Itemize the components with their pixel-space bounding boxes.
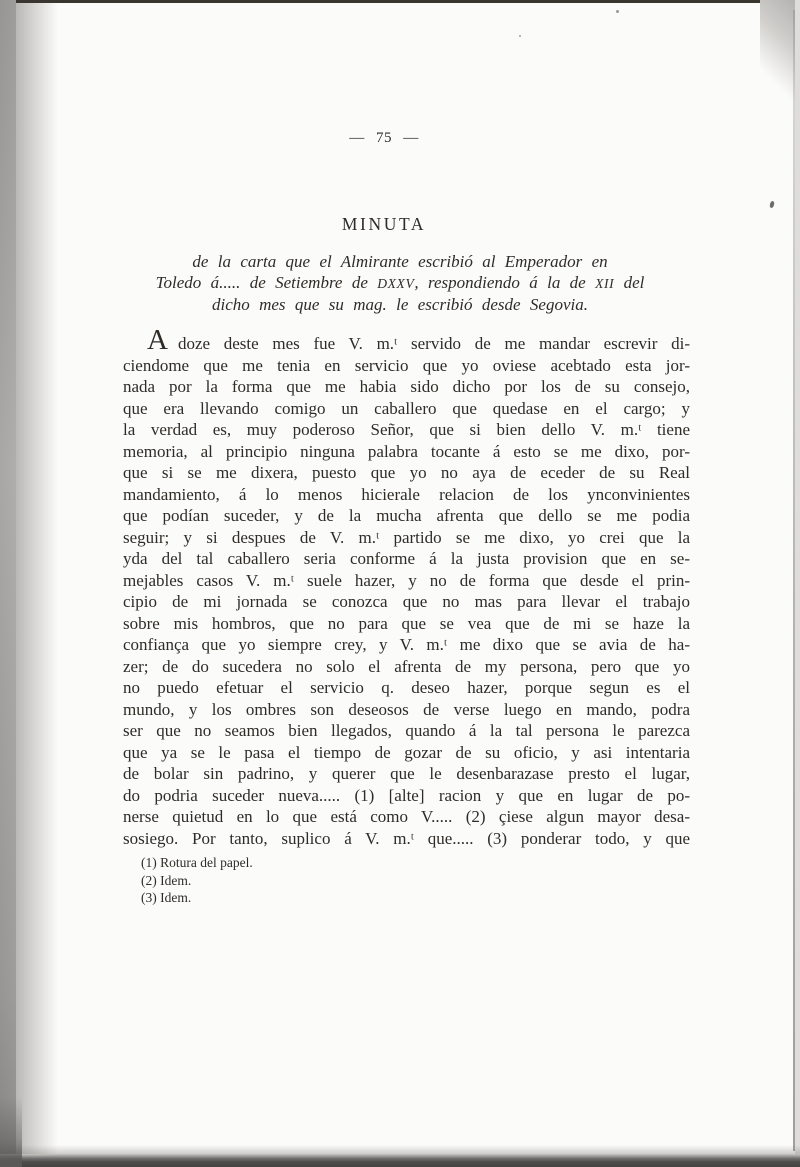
footnote-3: (3) Idem. [141,889,253,907]
body-text-line: ser que no seamos bien llegados, quando … [123,720,690,742]
body-text-line: que era llevando comigo un caballero que… [123,398,690,420]
page-right-edge-line [793,10,795,1151]
body-text-line: de bolar sin padrino, y querer que le de… [123,763,690,785]
body-text-line: yda del tal caballero seria conforme á l… [123,548,690,570]
subtitle-line-1: de la carta que el Almirante escribió al… [114,251,686,272]
body-text-line: sosiego. Por tanto, suplico á V. m.ᵗ que… [123,828,690,850]
body-text-line: zer; de do sucedera no solo el afrenta d… [123,656,690,678]
subtitle-text: del [614,273,644,292]
scanner-bottom-band [0,1154,800,1167]
page-top-edge-line [16,0,766,3]
body-text-line: Adoze deste mes fue V. m.ᵗ servido de me… [123,333,690,355]
body-text-line: no puedo efetuar el servicio q. deseo ha… [123,677,690,699]
body-text-line: que si se me dixera, puesto que yo no ay… [123,462,690,484]
bottom-edge-shadow [0,1145,800,1154]
subtitle-line-3: dicho mes que su mag. le escribió desde … [114,294,686,315]
body-text-line: cipio de mi jornada se conozca que no ma… [123,591,690,613]
letter-subtitle: de la carta que el Almirante escribió al… [114,251,686,315]
body-text-line: nerse quietud en lo que está como V.....… [123,806,690,828]
body-text-line: ciendome que me tenia en servicio que yo… [123,355,690,377]
bottom-left-corner-shadow [0,1097,22,1167]
body-text-line: confiança que yo siempre crey, y V. m.ᵗ … [123,634,690,656]
body-text-line: que podían suceder, y de la mucha afrent… [123,505,690,527]
body-text-line: que ya se le pasa el tiempo de gozar de … [123,742,690,764]
body-text-line: do podria suceder nueva..... (1) [alte] … [123,785,690,807]
binding-gutter-dark-edge [0,0,16,1167]
letter-body: Adoze deste mes fue V. m.ᵗ servido de me… [123,333,690,849]
body-text-line: mejables casos V. m.ᵗ suele hazer, y no … [123,570,690,592]
subtitle-text: Toledo á..... de Setiembre de [156,273,378,292]
roman-numeral-year: DXXV [377,276,414,291]
body-text: doze deste mes fue V. m.ᵗ servido de me … [178,334,690,353]
body-text-line: nada por la forma que me habia sido dich… [123,376,690,398]
scan-speck [616,10,619,13]
body-text-line: memoria, al principio ninguna palabra to… [123,441,690,463]
page-title: MINUTA [0,214,768,235]
drop-cap-initial: A [147,324,168,356]
footnotes: (1) Rotura del papel. (2) Idem. (3) Idem… [141,854,253,907]
footnote-2: (2) Idem. [141,872,253,890]
scan-speck [519,35,521,37]
scanned-book-page: — 75 — MINUTA de la carta que el Almiran… [0,0,800,1167]
body-text-line: sobre mis hombros, que no para que se ve… [123,613,690,635]
right-scan-margin [795,0,800,1155]
page-number: — 75 — [0,130,768,147]
scan-speck [769,201,775,209]
body-text-line: seguir; y si despues de V. m.ᵗ partido s… [123,527,690,549]
body-text-line: mundo, y los ombres son deseosos de vers… [123,699,690,721]
subtitle-line-2: Toledo á..... de Setiembre de DXXV, resp… [114,272,686,294]
footnote-1: (1) Rotura del papel. [141,854,253,872]
subtitle-text: , respondiendo á la de [414,273,595,292]
roman-numeral-day: XII [595,276,614,291]
body-text-line: mandamiento, á lo menos hicierale relaci… [123,484,690,506]
body-text-line: la verdad es, muy poderoso Señor, que si… [123,419,690,441]
